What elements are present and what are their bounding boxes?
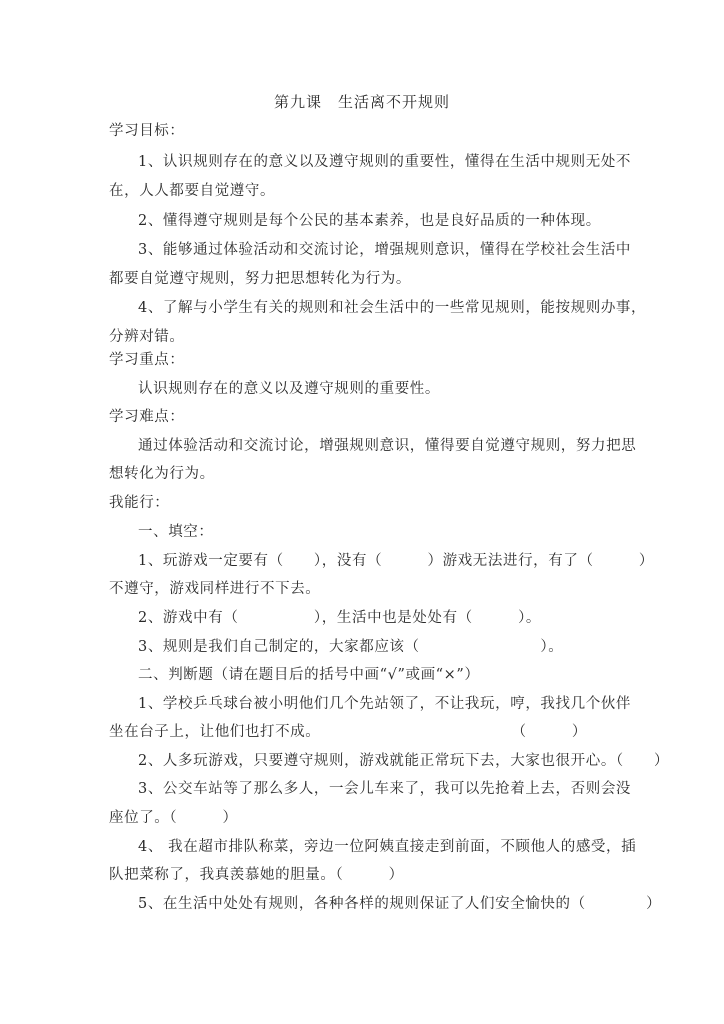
key-points-heading: 学习重点：	[109, 351, 185, 369]
true-false-heading: 二、判断题（请在题目后的括号中画“√”或画“×”）	[138, 666, 480, 684]
document-page: 第九课 生活离不开规则 学习目标： 1、认识规则存在的意义以及遵守规则的重要性，…	[0, 0, 724, 1024]
true-false-5: 5、在生活中处处有规则，各种各样的规则保证了人们安全愉快的（ ）	[138, 895, 661, 913]
true-false-1-line1: 1、学校乒乓球台被小明他们几个先站领了，不让我玩，哼，我找几个伙伴	[138, 695, 631, 713]
fill-blank-1-line1: 1、玩游戏一定要有（ ），没有（ ）游戏无法进行，有了（ ）	[138, 552, 654, 570]
true-false-2: 2、人多玩游戏，只要遵守规则，游戏就能正常玩下去，大家也很开心。（ ）	[138, 752, 669, 770]
true-false-1-line2-row: 坐在台子上，让他们也打不成。 （ ）	[109, 723, 587, 741]
objectives-heading: 学习目标：	[109, 122, 185, 140]
difficulties-line2: 想转化为行为。	[109, 465, 215, 483]
true-false-4-line2: 队把菜称了，我真羡慕她的胆量。（ ）	[109, 866, 404, 884]
objective-4-line1: 4、了解与小学生有关的规则和社会生活中的一些常见规则，能按规则办事，	[138, 299, 646, 317]
fill-blank-3: 3、规则是我们自己制定的，大家都应该（ ）。	[138, 638, 563, 656]
objective-4-line2: 分辨对错。	[109, 328, 185, 346]
fill-blank-1-line2: 不遵守，游戏同样进行不下去。	[109, 580, 320, 598]
exercises-heading: 我能行：	[109, 494, 169, 512]
lesson-title: 第九课 生活离不开规则	[0, 93, 724, 111]
objective-1-line2: 在，人人都要自觉遵守。	[109, 182, 275, 200]
difficulties-heading: 学习难点：	[109, 408, 185, 426]
difficulties-line1: 通过体验活动和交流讨论，增强规则意识，懂得要自觉遵守规则，努力把思	[138, 437, 636, 455]
objective-1-line1: 1、认识规则存在的意义以及遵守规则的重要性，懂得在生活中规则无处不	[138, 153, 631, 171]
fill-blank-2: 2、游戏中有（ ），生活中也是处处有（ ）。	[138, 609, 541, 627]
true-false-1-answer-blank: （ ）	[512, 723, 588, 741]
true-false-1-line2: 坐在台子上，让他们也打不成。	[109, 723, 320, 741]
objective-3-line2: 都要自觉遵守规则，努力把思想转化为行为。	[109, 270, 411, 288]
key-points-text: 认识规则存在的意义以及遵守规则的重要性。	[138, 380, 440, 398]
true-false-4-line1: 4、 我在超市排队称菜，旁边一位阿姨直接走到前面，不顾他人的感受，插	[138, 838, 636, 856]
true-false-3-line1: 3、公交车站等了那么多人，一会儿车来了，我可以先抢着上去，否则会没	[138, 780, 631, 798]
fill-blank-heading: 一、填空：	[138, 523, 214, 541]
objective-3-line1: 3、能够通过体验活动和交流讨论，增强规则意识，懂得在学校社会生活中	[138, 241, 631, 259]
objective-2: 2、懂得遵守规则是每个公民的基本素养，也是良好品质的一种体现。	[138, 212, 601, 230]
true-false-3-line2: 座位了。（ ）	[109, 809, 238, 827]
